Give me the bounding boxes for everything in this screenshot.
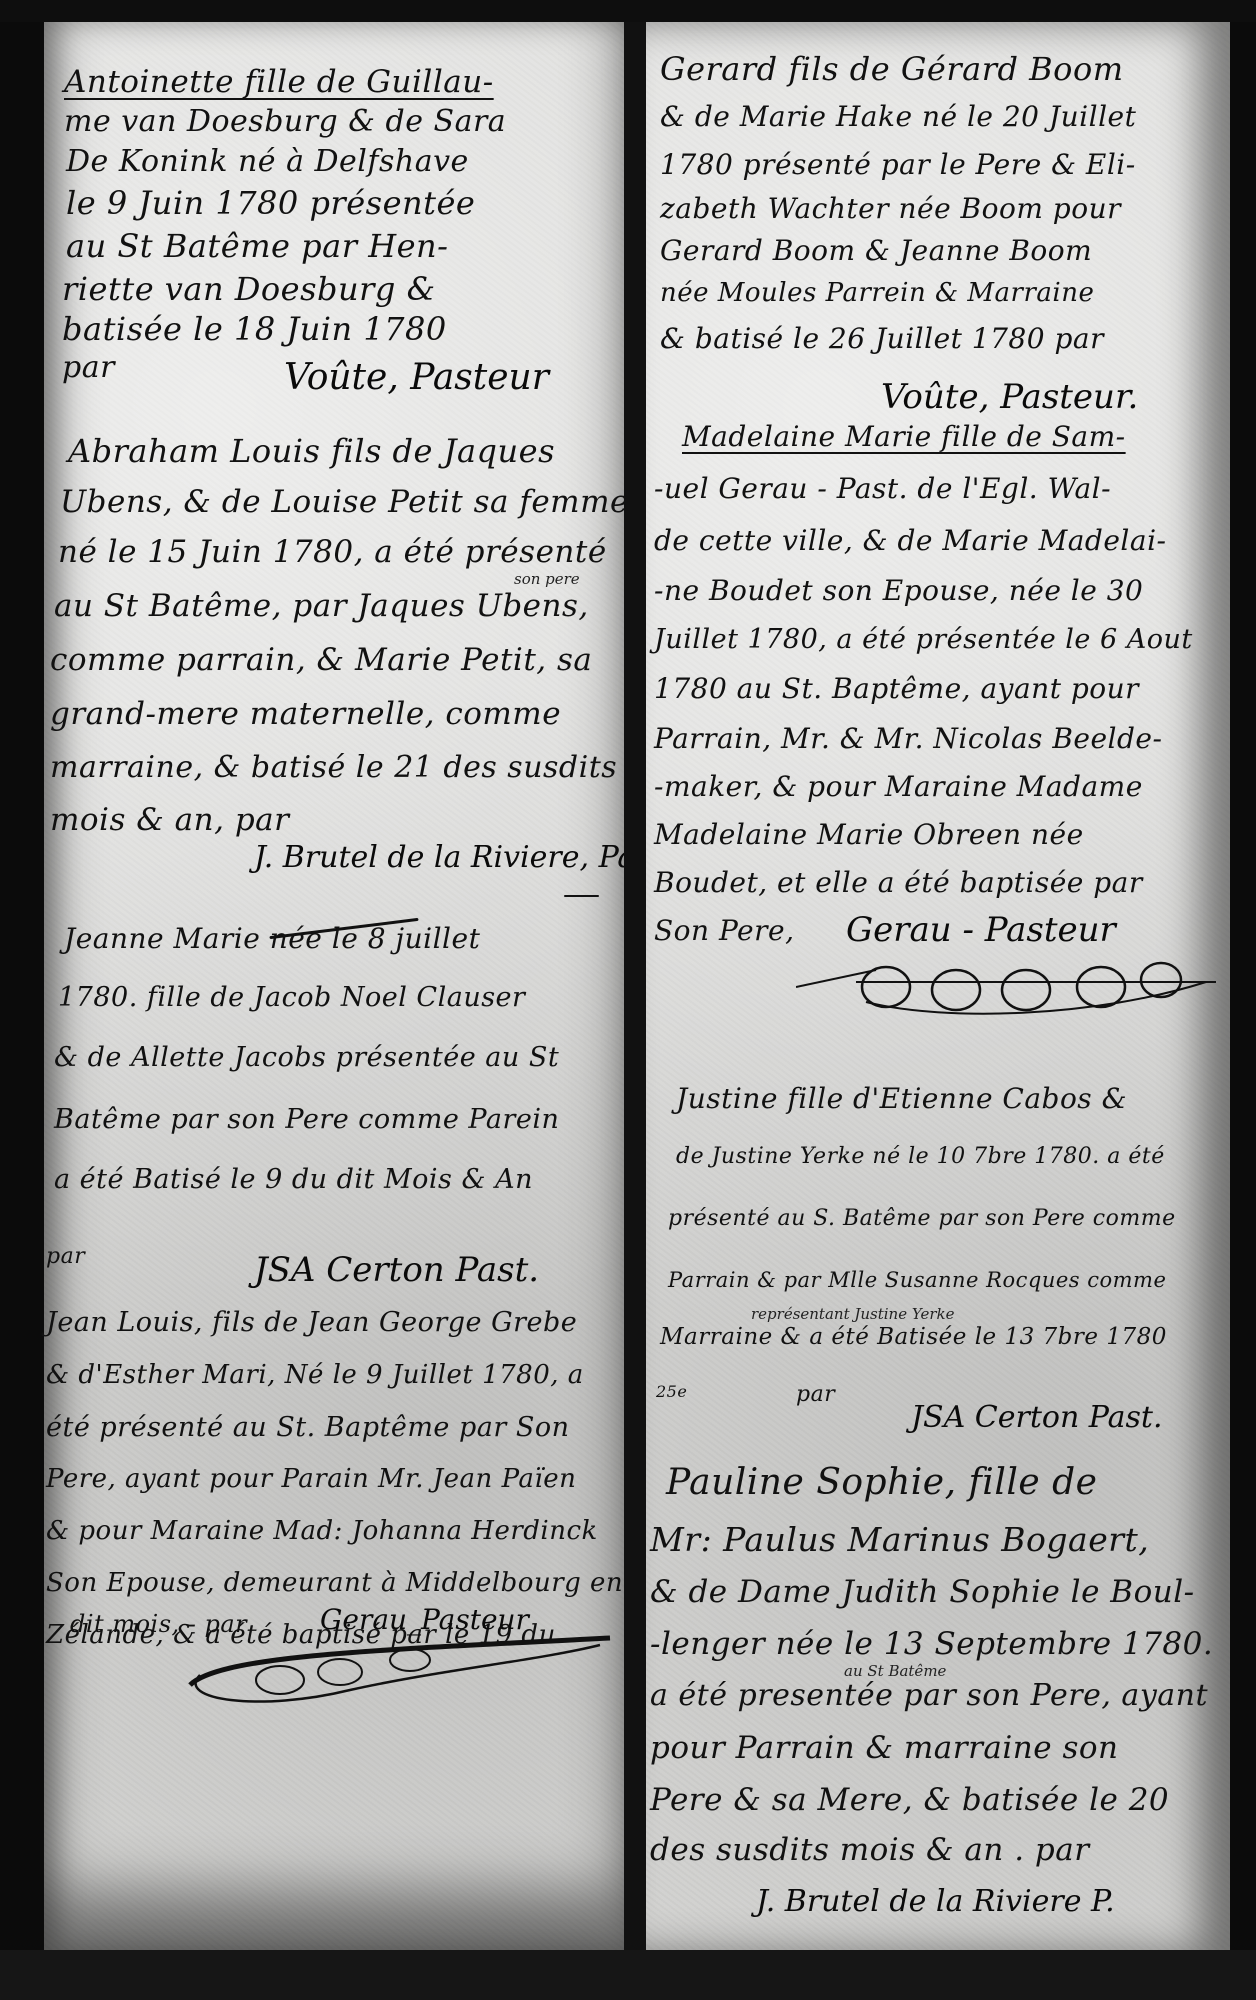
entry-line: présenté au S. Batême par son Pere comme [668,1206,1176,1231]
separator-rule [564,895,599,897]
pastor-signature: JSA Certon Past. [911,1400,1163,1435]
entry-line: Pere, ayant pour Parain Mr. Jean Païen [46,1464,576,1494]
scan-top-border [0,0,1256,22]
entry-line: zabeth Wachter née Boom pour [660,192,1121,225]
entry-line: & pour Maraine Mad: Johanna Herdinck [46,1516,598,1546]
pastor-signature: Voûte, Pasteur [284,357,549,398]
entry-line: Parrain, Mr. & Mr. Nicolas Beelde- [654,722,1162,755]
entry-line: mois & an, par [50,802,290,838]
entry-line: Gerard Boom & Jeanne Boom [660,234,1092,267]
signature-flourish [180,1630,620,1710]
entry-line: Pauline Sophie, fille de [666,1462,1097,1503]
entry-line: De Konink né à Delfshave [66,144,469,179]
entry-line: Antoinette fille de Guillau- [64,64,494,100]
entry-line: pour Parrain & marraine son [650,1730,1119,1766]
entry-line: grand-mere maternelle, comme [50,696,561,732]
entry-line: & de Dame Judith Sophie le Boul- [650,1574,1195,1610]
pastor-signature: Gerau - Pasteur [846,910,1116,950]
entry-line: de cette ville, & de Marie Madelai- [654,524,1167,557]
entry-line: & batisé le 26 Juillet 1780 par [660,322,1104,355]
entry-line: -uel Gerau - Past. de l'Egl. Wal- [654,472,1111,505]
interlinear-note: représentant Justine Yerke [751,1305,954,1323]
entry-line: au St Batême, par Jaques Ubens, [54,588,589,624]
interlinear-note: son pere [514,570,580,588]
entry-line: été présenté au St. Baptême par Son [46,1412,570,1443]
entry-line: me van Doesburg & de Sara [64,104,506,139]
entry-line: le 9 Juin 1780 présentée [66,184,475,222]
entry-line: Madelaine Marie Obreen née [654,818,1084,851]
entry-line: Batême par son Pere comme Parein [54,1104,559,1135]
entry-line: Mr: Paulus Marinus Bogaert, [650,1520,1149,1559]
register-right-column: Gerard fils de Gérard Boom & de Marie Ha… [646,22,1230,1952]
entry-line: 1780. fille de Jacob Noel Clauser [58,982,525,1013]
entry-line: Marraine & a été Batisée le 13 7bre 1780 [660,1324,1167,1350]
signature-flourish [796,952,1216,1022]
entry-line: -maker, & pour Maraine Madame [654,770,1143,803]
entry-line: par [796,1382,835,1407]
entry-line: Pere & sa Mere, & batisée le 20 [650,1782,1169,1818]
scan-bottom-border [0,1950,1256,2000]
entry-line: née Moules Parrein & Marraine [660,278,1094,308]
entry-line: Juillet 1780, a été présentée le 6 Aout [654,624,1193,655]
pastor-signature: Voûte, Pasteur. [881,377,1138,417]
entry-line: a été Batisé le 9 du dit Mois & An [54,1164,533,1195]
entry-line: 1780 présenté par le Pere & Eli- [660,148,1136,181]
entry-line: Jeanne Marie née le 8 juillet [64,922,480,955]
entry-line: & de Marie Hake né le 20 Juillet [660,100,1136,133]
entry-line: & de Allette Jacobs présentée au St [54,1042,559,1073]
entry-line: Boudet, et elle a été baptisée par [654,866,1143,899]
entry-line: né le 15 Juin 1780, a été présenté [58,534,607,570]
margin-note: 25e [656,1382,687,1401]
entry-line: comme parrain, & Marie Petit, sa [50,642,592,678]
entry-line: batisée le 18 Juin 1780 [62,310,447,348]
entry-line: par [46,1244,85,1269]
entry-line: au St Batême par Hen- [66,227,448,265]
entry-line: Madelaine Marie fille de Sam- [682,420,1126,453]
entry-line: des susdits mois & an . par [650,1832,1090,1868]
entry-line: par [62,350,115,385]
entry-line: -lenger née le 13 Septembre 1780. [650,1626,1213,1662]
entry-line: Justine fille d'Etienne Cabos & [676,1082,1127,1115]
entry-line: & d'Esther Mari, Né le 9 Juillet 1780, a [46,1360,584,1390]
entry-line: Ubens, & de Louise Petit sa femme [60,484,629,520]
entry-line: Parrain & par Mlle Susanne Rocques comme [668,1268,1166,1292]
entry-line: a été presentée par son Pere, ayant [650,1678,1208,1713]
entry-line: Son Pere, [654,914,794,947]
entry-line: -ne Boudet son Epouse, née le 30 [654,574,1143,607]
entry-line: riette van Doesburg & [62,270,436,308]
pastor-signature: JSA Certon Past. [254,1250,539,1290]
column-divider [624,22,646,1982]
pastor-signature: J. Brutel de la Riviere, Past. [254,840,672,875]
entry-line: Jean Louis, fils de Jean George Grebe [46,1307,577,1338]
entry-line: Gerard fils de Gérard Boom [660,50,1124,88]
entry-line: marraine, & batisé le 21 des susdits [50,750,617,785]
entry-line: de Justine Yerke né le 10 7bre 1780. a é… [676,1144,1165,1169]
entry-line: Abraham Louis fils de Jaques [68,432,555,470]
pastor-signature: J. Brutel de la Riviere P. [756,1884,1115,1919]
entry-line: 1780 au St. Baptême, ayant pour [654,672,1139,705]
